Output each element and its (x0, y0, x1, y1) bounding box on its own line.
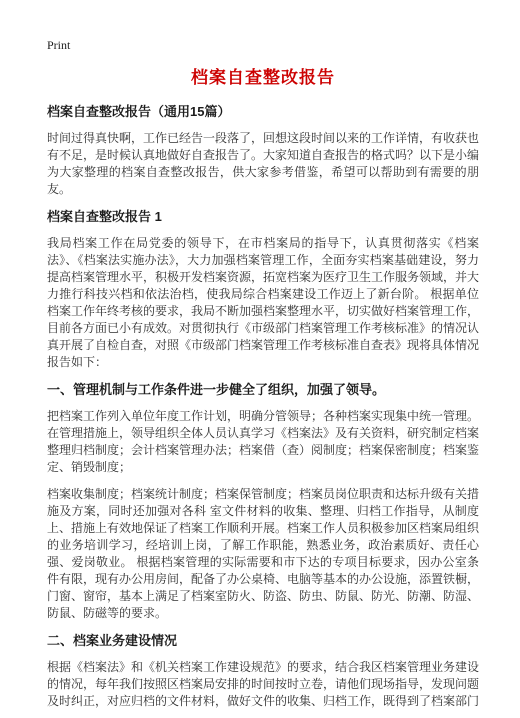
body-paragraph: 档案收集制度；档案统计制度；档案保管制度；档案员岗位职责和达标升级有关措施及方案… (47, 486, 479, 622)
body-paragraph: 把档案工作列入单位年度工作计划，明确分管领导；各种档案实现集中统一管理。在管理措… (47, 408, 479, 476)
body-paragraph: 我局档案工作在局党委的领导下，在市档案局的指导下，认真贯彻落实《档案法》、《档案… (47, 235, 479, 371)
section-heading: 二、档案业务建设情况 (47, 632, 479, 649)
document-title: 档案自查整改报告 (47, 66, 479, 90)
body-paragraph: 根据《档案法》和《机关档案工作建设规范》的要求，结合我区档案管理业务建设的情况，… (47, 659, 479, 710)
intro-paragraph: 时间过得真快啊，工作已经告一段落了，回想这段时间以来的工作详情，有收获也有不足，… (47, 130, 479, 198)
section-heading: 一、管理机制与工作条件进一步健全了组织，加强了领导。 (47, 381, 479, 398)
section-heading: 档案自查整改报告 1 (47, 208, 479, 225)
print-link[interactable]: Print (47, 38, 70, 52)
document-subtitle: 档案自查整改报告（通用15篇） (47, 103, 479, 120)
document-body: 档案自查整改报告 1我局档案工作在局党委的领导下，在市档案局的指导下，认真贯彻落… (47, 208, 479, 710)
document-page: Print 档案自查整改报告 档案自查整改报告（通用15篇） 时间过得真快啊，工… (0, 0, 520, 718)
